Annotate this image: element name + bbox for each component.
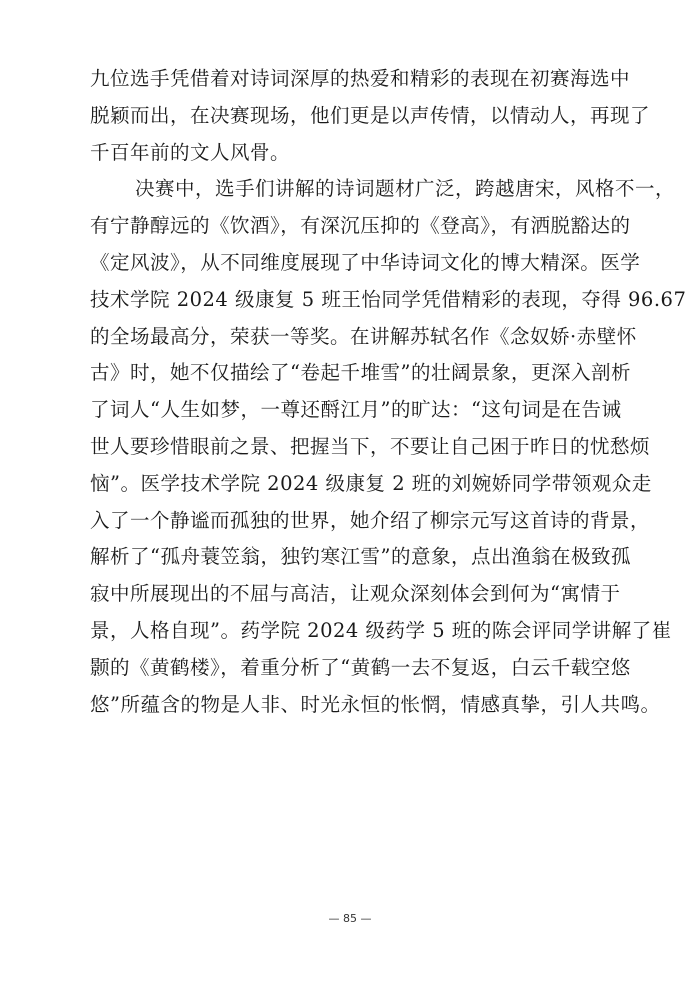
page-number: — 85 — — [0, 912, 700, 925]
text-line: 的全场最高分，荣获一等奖。在讲解苏轼名作《念奴娇·赤壁怀 — [90, 319, 614, 356]
paragraph-2: 决赛中，选手们讲解的诗词题材广泛，跨越唐宋，风格不一， 有宁静醇远的《饮酒》，有… — [90, 171, 614, 723]
text-line: 解析了“孤舟蓑笠翁，独钓寒江雪”的意象，点出渔翁在极致孤 — [90, 539, 614, 576]
document-page: 九位选手凭借着对诗词深厚的热爱和精彩的表现在初赛海选中 脱颖而出，在决赛现场，他… — [0, 0, 700, 989]
text-line: 技术学院 2024 级康复 5 班王怡同学凭借精彩的表现，夺得 96.67 — [90, 282, 614, 319]
text-line: 恼”。医学技术学院 2024 级康复 2 班的刘婉娇同学带领观众走 — [90, 466, 614, 503]
text-line: 古》时，她不仅描绘了“卷起千堆雪”的壮阔景象，更深入剖析 — [90, 355, 614, 392]
text-line: 脱颖而出，在决赛现场，他们更是以声传情，以情动人，再现了 — [90, 98, 614, 135]
body-text: 九位选手凭借着对诗词深厚的热爱和精彩的表现在初赛海选中 脱颖而出，在决赛现场，他… — [90, 61, 614, 723]
text-line: 颢的《黄鹤楼》，着重分析了“黄鹤一去不复返，白云千载空悠 — [90, 650, 614, 687]
text-line: 九位选手凭借着对诗词深厚的热爱和精彩的表现在初赛海选中 — [90, 61, 614, 98]
text-line: 了词人“人生如梦，一尊还酹江月”的旷达：“这句词是在告诫 — [90, 392, 614, 429]
text-line: 世人要珍惜眼前之景、把握当下，不要让自己困于昨日的忧愁烦 — [90, 429, 614, 466]
text-line: 悠”所蕴含的物是人非、时光永恒的怅惘，情感真挚，引人共鸣。 — [90, 687, 614, 724]
text-line: 景，人格自现”。药学院 2024 级药学 5 班的陈会评同学讲解了崔 — [90, 613, 614, 650]
text-line: 寂中所展现出的不屈与高洁，让观众深刻体会到何为“寓情于 — [90, 576, 614, 613]
text-line: 入了一个静谧而孤独的世界，她介绍了柳宗元写这首诗的背景， — [90, 503, 614, 540]
text-line: 千百年前的文人风骨。 — [90, 135, 614, 172]
text-line: 决赛中，选手们讲解的诗词题材广泛，跨越唐宋，风格不一， — [90, 171, 614, 208]
text-line: 有宁静醇远的《饮酒》，有深沉压抑的《登高》，有洒脱豁达的 — [90, 208, 614, 245]
text-line: 《定风波》，从不同维度展现了中华诗词文化的博大精深。医学 — [90, 245, 614, 282]
paragraph-1: 九位选手凭借着对诗词深厚的热爱和精彩的表现在初赛海选中 脱颖而出，在决赛现场，他… — [90, 61, 614, 171]
